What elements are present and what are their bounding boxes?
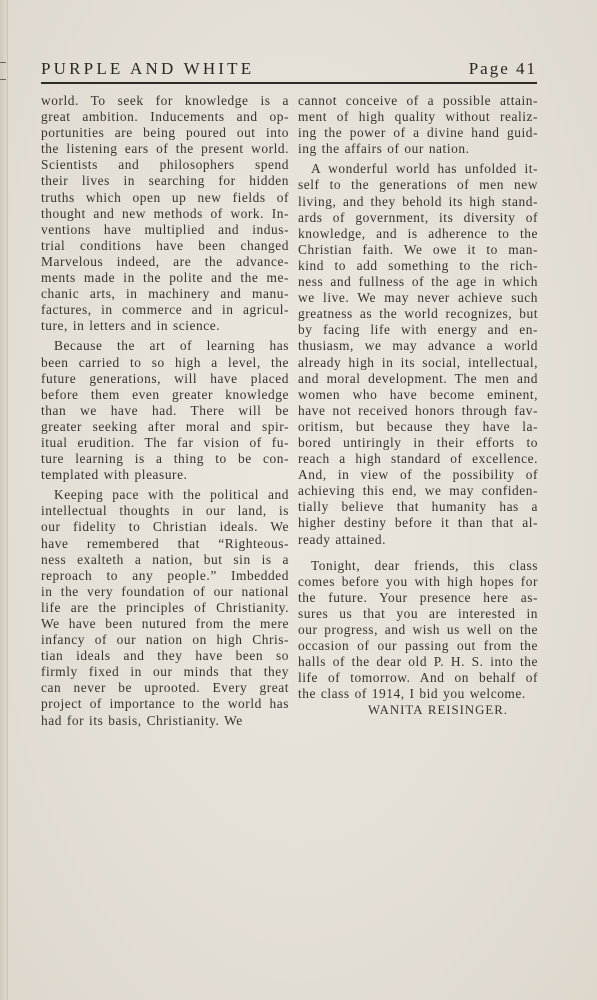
- text-line: ments made in the polite and the me-: [41, 270, 289, 286]
- text-line: already high in its social, intellectual…: [298, 355, 538, 371]
- text-line: thusiasm, we may advance a world: [298, 338, 538, 354]
- text-line: bored untiringly in their efforts to: [298, 435, 538, 451]
- text-line: greater seeking after moral and spir-: [41, 419, 289, 435]
- text-line: factures, in commerce and in agricul-: [41, 302, 289, 318]
- text-line: kind to add something to the rich-: [298, 258, 538, 274]
- text-line: the class of 1914, I bid you welcome.: [298, 686, 538, 702]
- text-line: achieving this end, we may confiden-: [298, 483, 538, 499]
- text-line: tian ideals and they have been so: [41, 648, 289, 664]
- text-line: itual erudition. The far vision of fu-: [41, 435, 289, 451]
- text-line: living, and they behold its high stand-: [298, 194, 538, 210]
- text-line: tially believe that humanity has a: [298, 499, 538, 515]
- text-line: been carried to so high a level, the: [41, 355, 289, 371]
- text-line: the listening ears of the present world.: [41, 141, 289, 157]
- text-line: life are the principles of Christianity.: [41, 600, 289, 616]
- text-line: sures us that you are interested in: [298, 606, 538, 622]
- text-line: knowledge, and is adherence to the: [298, 226, 538, 242]
- text-line: Christian faith. We owe it to man-: [298, 242, 538, 258]
- text-line: world. To seek for knowledge is a: [41, 93, 289, 109]
- text-line: have not received honors through fav-: [298, 403, 538, 419]
- text-line: future generations, will have placed: [41, 371, 289, 387]
- text-line: A wonderful world has unfolded it-: [298, 161, 538, 177]
- text-line: ventions have multiplied and indus-: [41, 222, 289, 238]
- text-line: ing the power of a divine hand guid-: [298, 125, 538, 141]
- text-line: ness exalteth a nation, but sin is a: [41, 552, 289, 568]
- text-line: ready attained.: [298, 532, 538, 548]
- paragraph: cannot conceive of a possible attain-men…: [298, 93, 538, 157]
- text-line: life of tomorrow. And on behalf of: [298, 670, 538, 686]
- paragraph-gap: [298, 548, 538, 558]
- text-line: we live. We may never achieve such: [298, 290, 538, 306]
- page-number: Page 41: [469, 59, 537, 79]
- text-line: cannot conceive of a possible attain-: [298, 93, 538, 109]
- paragraph: A wonderful world has unfolded it-self t…: [298, 161, 538, 547]
- text-line: intellectual thoughts in our land, is: [41, 503, 289, 519]
- text-line: Tonight, dear friends, this class: [298, 558, 538, 574]
- text-line: women who have become eminent,: [298, 387, 538, 403]
- running-header: PURPLE AND WHITE Page 41: [41, 55, 537, 79]
- author-signature: WANITA REISINGER.: [298, 702, 538, 718]
- text-line: ness and fullness of the age in which: [298, 274, 538, 290]
- text-line: infancy of our nation on high Chris-: [41, 632, 289, 648]
- paragraph: Keeping pace with the political andintel…: [41, 487, 289, 728]
- text-line: in the very foundation of our national: [41, 584, 289, 600]
- paragraph: Because the art of learning hasbeen carr…: [41, 338, 289, 483]
- text-line: greatness as the world recognizes, but: [298, 306, 538, 322]
- text-line: ards of government, its diversity of: [298, 210, 538, 226]
- text-line: comes before you with high hopes for: [298, 574, 538, 590]
- text-line: portunities are being poured out into: [41, 125, 289, 141]
- text-line: before them even greater knowledge: [41, 387, 289, 403]
- text-line: templated with pleasure.: [41, 467, 289, 483]
- text-line: Marvelous indeed, are the advance-: [41, 254, 289, 270]
- text-line: ture learning is a thing to be con-: [41, 451, 289, 467]
- text-line: project of importance to the world has: [41, 696, 289, 712]
- left-column: world. To seek for knowledge is agreat a…: [41, 93, 289, 729]
- text-line: Keeping pace with the political and: [41, 487, 289, 503]
- text-line: ture, in letters and in science.: [41, 318, 289, 334]
- text-line: our progress, and wish us well on the: [298, 622, 538, 638]
- text-line: firmly fixed in our minds that they: [41, 664, 289, 680]
- text-line: great ambition. Inducements and op-: [41, 109, 289, 125]
- text-line: Because the art of learning has: [41, 338, 289, 354]
- text-line: our fidelity to Christian ideals. We: [41, 519, 289, 535]
- text-line: the future. Your presence here as-: [298, 590, 538, 606]
- right-column: cannot conceive of a possible attain-men…: [298, 93, 538, 719]
- text-line: We have been nutured from the mere: [41, 616, 289, 632]
- text-line: Scientists and philosophers spend: [41, 157, 289, 173]
- text-line: their lives in searching for hidden: [41, 173, 289, 189]
- text-line: can never be uprooted. Every great: [41, 680, 289, 696]
- paragraph: world. To seek for knowledge is agreat a…: [41, 93, 289, 334]
- text-line: than we have had. There will be: [41, 403, 289, 419]
- text-line: truths which open up new fields of: [41, 190, 289, 206]
- text-line: had for its basis, Christianity. We: [41, 713, 289, 729]
- text-line: trial conditions have been changed: [41, 238, 289, 254]
- text-line: have remembered that “Righteous-: [41, 536, 289, 552]
- text-line: higher destiny before it than that al-: [298, 515, 538, 531]
- text-line: reach a high standard of excellence.: [298, 451, 538, 467]
- header-rule: [41, 82, 537, 84]
- book-page: PURPLE AND WHITE Page 41 world. To seek …: [0, 0, 597, 1000]
- text-line: occasion of our passing out from the: [298, 638, 538, 654]
- text-line: halls of the dear old P. H. S. into the: [298, 654, 538, 670]
- text-line: thought and new methods of work. In-: [41, 206, 289, 222]
- previous-page-edge: [0, 0, 8, 1000]
- text-line: And, in view of the possibility of: [298, 467, 538, 483]
- page-edge-mark: [0, 62, 6, 80]
- text-line: ing the affairs of our nation.: [298, 141, 538, 157]
- text-line: and moral development. The men and: [298, 371, 538, 387]
- text-line: by facing life with energy and en-: [298, 322, 538, 338]
- text-line: ment of high quality without realiz-: [298, 109, 538, 125]
- text-line: chanic arts, in machinery and manu-: [41, 286, 289, 302]
- text-line: self to the generations of men new: [298, 177, 538, 193]
- publication-title: PURPLE AND WHITE: [41, 59, 254, 79]
- text-line: oritism, but because they have la-: [298, 419, 538, 435]
- paragraph: Tonight, dear friends, this classcomes b…: [298, 558, 538, 703]
- text-line: reproach to any people.” Imbedded: [41, 568, 289, 584]
